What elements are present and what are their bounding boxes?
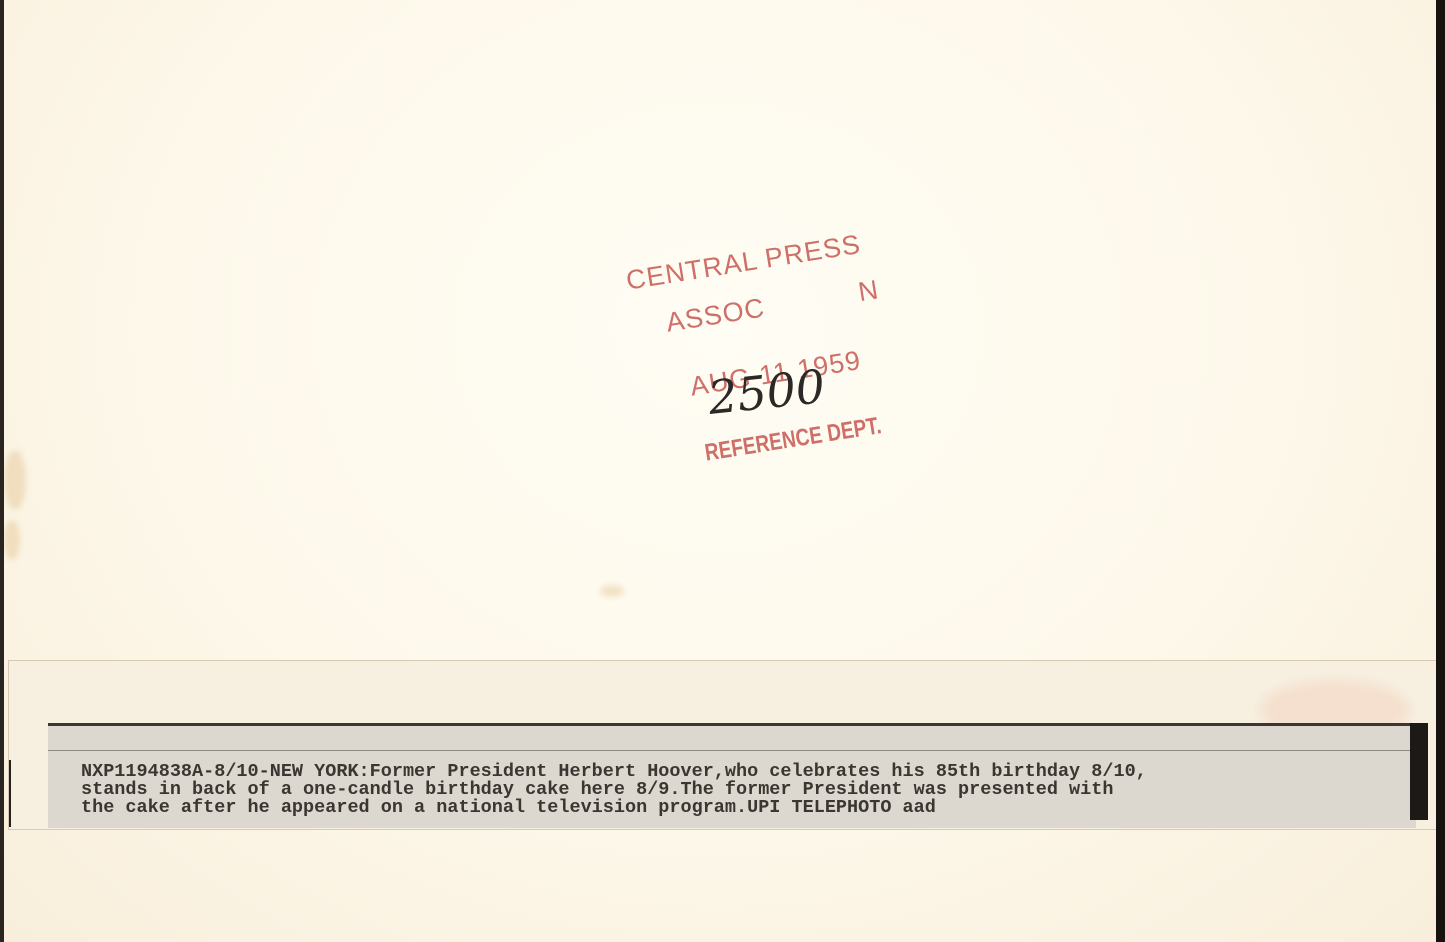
caption-mid-rule xyxy=(48,750,1416,751)
paper-stain xyxy=(4,520,20,560)
caption-top-rule xyxy=(48,723,1416,726)
paper-stain xyxy=(600,585,624,597)
caption-text: NXP1194838A-8/10-NEW YORK:Former Preside… xyxy=(81,763,1147,817)
caption-box: NXP1194838A-8/10-NEW YORK:Former Preside… xyxy=(48,723,1416,828)
caption-line-3: the cake after he appeared on a national… xyxy=(81,799,1147,817)
handwritten-number: 2500 xyxy=(705,359,827,425)
caption-black-bar xyxy=(1410,723,1428,820)
paper-stain xyxy=(4,450,26,510)
stamp-line-2-right: N xyxy=(856,274,881,307)
scan-edge-left xyxy=(0,0,4,942)
scan-edge-right xyxy=(1436,0,1445,942)
side-mark xyxy=(9,760,11,827)
photo-back-paper: CENTRAL PRESS ASSOCN AUG 11 1959 REFEREN… xyxy=(0,0,1436,942)
stamp-line-2-left: ASSOC xyxy=(664,292,767,337)
